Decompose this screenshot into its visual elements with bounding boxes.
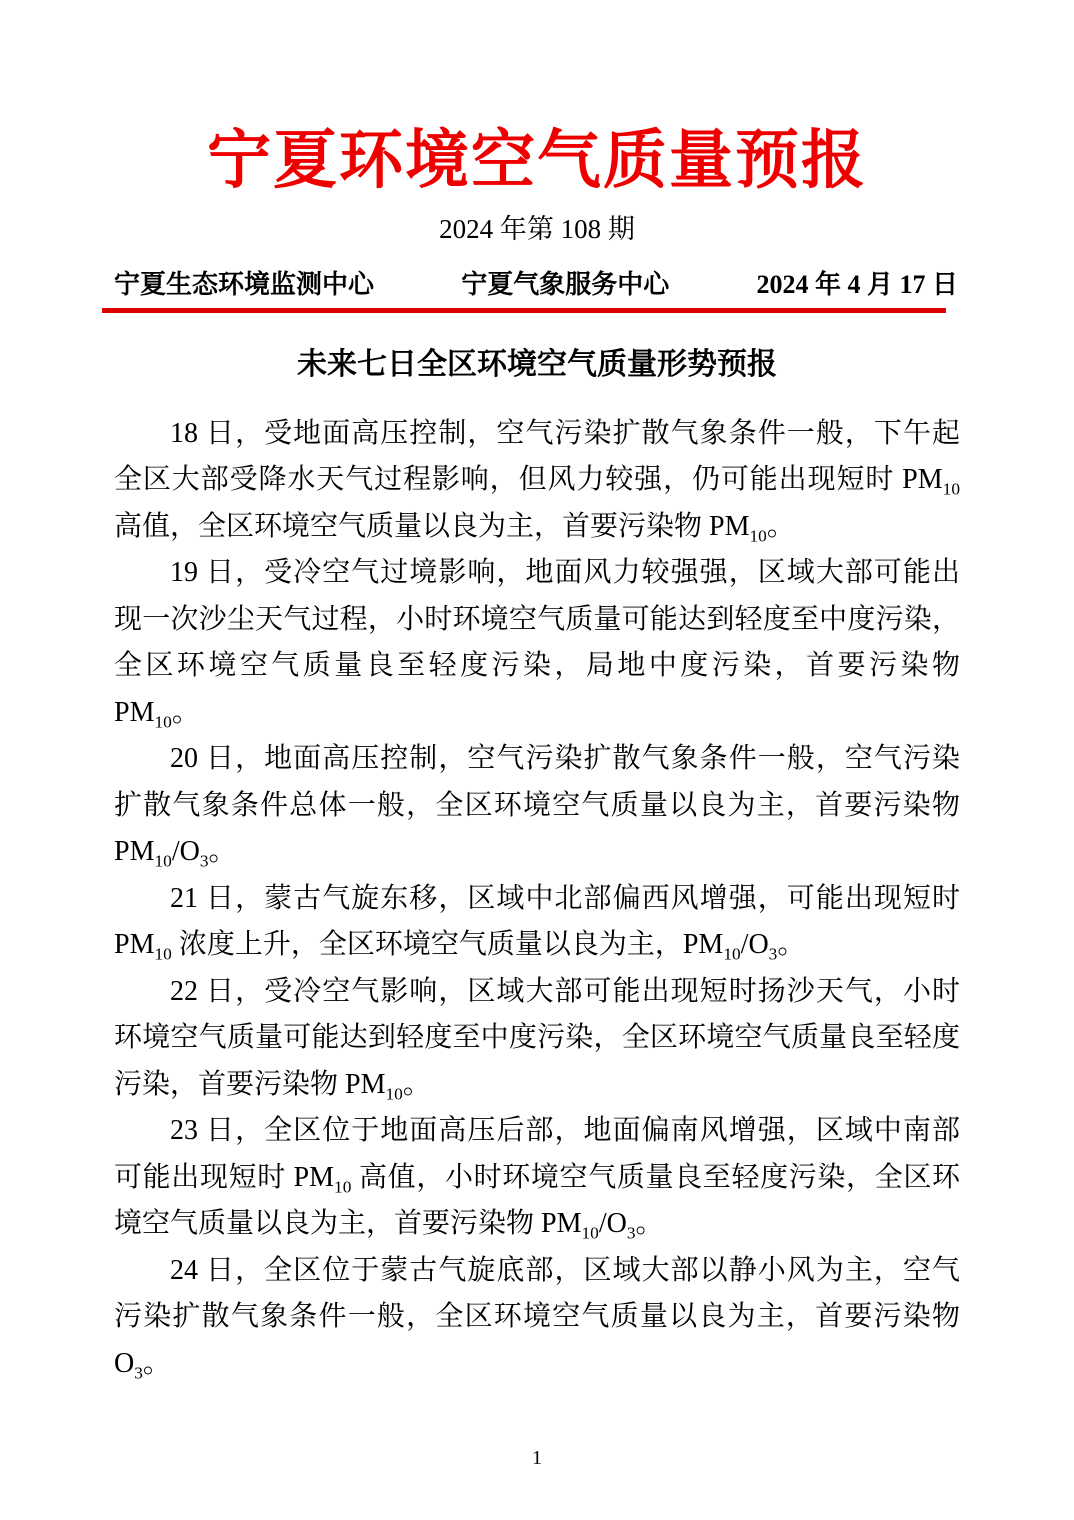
forecast-paragraph-day22: 22 日，受冷空气影响，区域大部可能出现短时扬沙天气，小时环境空气质量可能达到轻… — [114, 969, 960, 1109]
forecast-paragraph-day23: 23 日，全区位于地面高压后部，地面偏南风增强，区域中南部可能出现短时 PM10… — [114, 1108, 960, 1248]
org-weather-center: 宁夏气象服务中心 — [461, 269, 669, 300]
section-title: 未来七日全区环境空气质量形势预报 — [0, 347, 1074, 383]
org-monitoring-center: 宁夏生态环境监测中心 — [114, 269, 374, 300]
red-divider-line — [102, 308, 946, 313]
doc-title: 宁夏环境空气质量预报 — [0, 0, 1074, 198]
forecast-paragraph-day24: 24 日，全区位于蒙古气旋底部，区域大部以静小风为主，空气污染扩散气象条件一般，… — [114, 1248, 960, 1388]
forecast-paragraph-day18: 18 日，受地面高压控制，空气污染扩散气象条件一般，下午起全区大部受降水天气过程… — [114, 411, 960, 551]
forecast-body: 18 日，受地面高压控制，空气污染扩散气象条件一般，下午起全区大部受降水天气过程… — [114, 411, 960, 1388]
forecast-paragraph-day20: 20 日，地面高压控制，空气污染扩散气象条件一般，空气污染扩散气象条件总体一般，… — [114, 736, 960, 876]
issue-number: 2024 年第 108 期 — [0, 214, 1074, 245]
report-date: 2024 年 4 月 17 日 — [756, 269, 958, 300]
masthead: 宁夏生态环境监测中心 宁夏气象服务中心 2024 年 4 月 17 日 — [114, 269, 958, 300]
forecast-paragraph-day21: 21 日，蒙古气旋东移，区域中北部偏西风增强，可能出现短时 PM10 浓度上升，… — [114, 876, 960, 969]
document-page: 宁夏环境空气质量预报 2024 年第 108 期 宁夏生态环境监测中心 宁夏气象… — [0, 0, 1074, 1520]
forecast-paragraph-day19: 19 日，受冷空气过境影响，地面风力较强强，区域大部可能出现一次沙尘天气过程，小… — [114, 550, 960, 736]
page-number: 1 — [0, 1447, 1074, 1470]
